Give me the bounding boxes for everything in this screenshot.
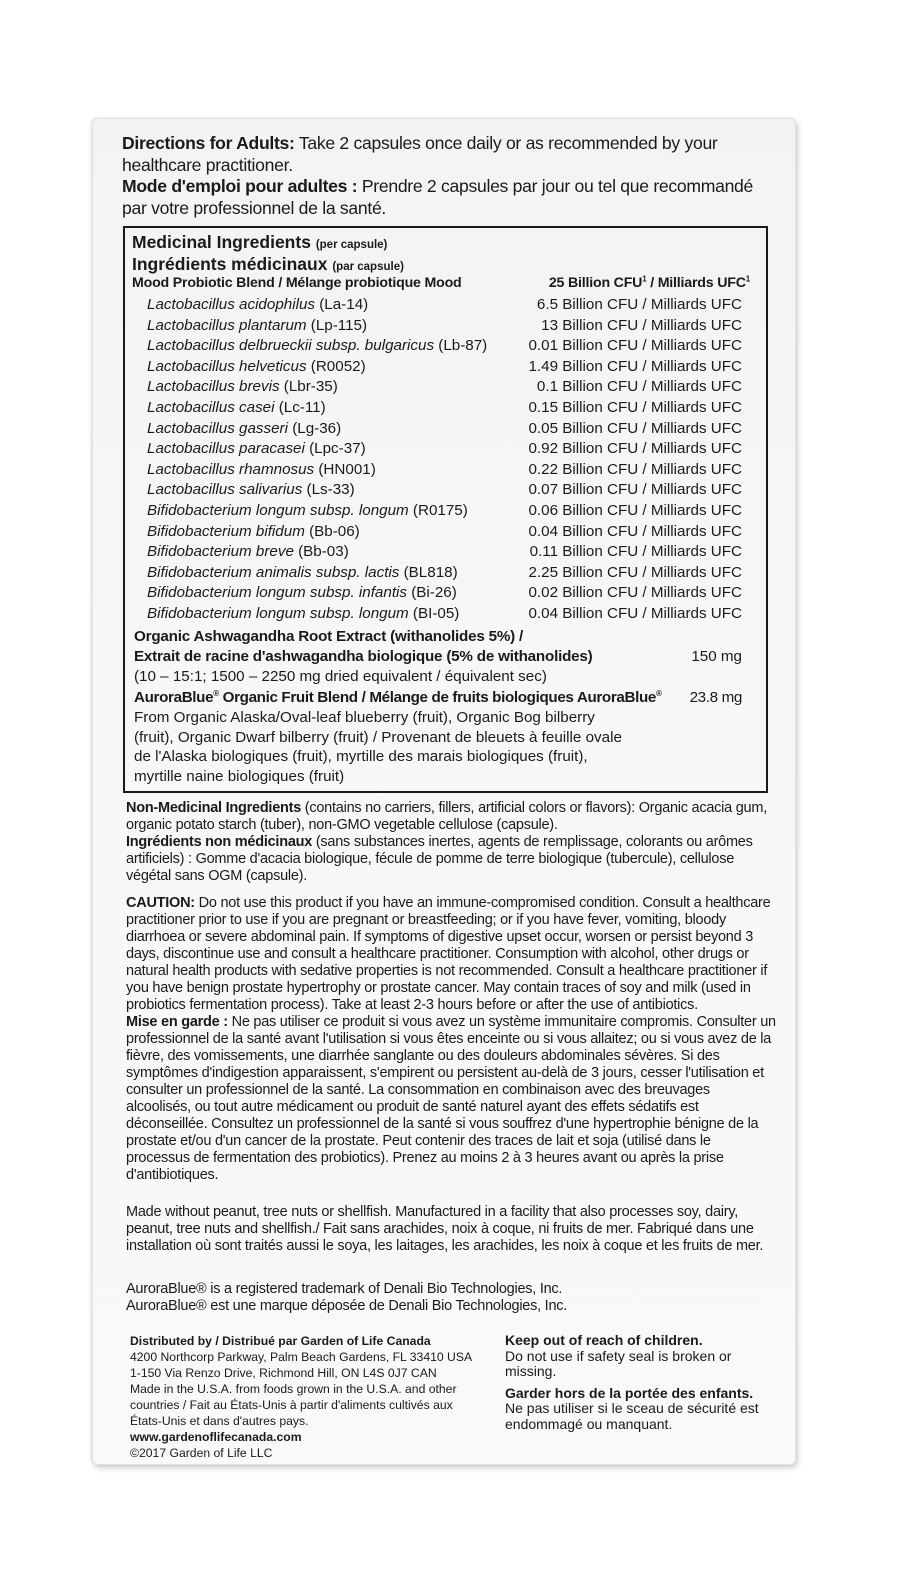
directions-fr: Mode d'emploi pour adultes : Prendre 2 c… bbox=[122, 176, 772, 219]
strain-row: Bifidobacterium bifidum (Bb-06)0.04 Bill… bbox=[147, 522, 742, 543]
strain-list: Lactobacillus acidophilus (La-14)6.5 Bil… bbox=[147, 295, 742, 625]
non-medicinal-section: Non-Medicinal Ingredients (contains no c… bbox=[126, 800, 776, 885]
blend-amount: 25 Billion CFU1 / Milliards UFC1 bbox=[549, 275, 750, 291]
safety-warning: Keep out of reach of children. Do not us… bbox=[505, 1333, 775, 1433]
strain-row: Lactobacillus rhamnosus (HN001)0.22 Bill… bbox=[147, 460, 742, 481]
probiotic-blend-row: Mood Probiotic Blend / Mélange probiotiq… bbox=[132, 275, 750, 291]
directions-en: Directions for Adults: Take 2 capsules o… bbox=[122, 133, 772, 176]
strain-row: Lactobacillus casei (Lc-11)0.15 Billion … bbox=[147, 398, 742, 419]
distributor-info: Distributed by / Distribué par Garden of… bbox=[130, 1333, 480, 1461]
medicinal-title: Medicinal Ingredients (per capsule) Ingr… bbox=[132, 233, 404, 277]
strain-row: Lactobacillus salivarius (Ls-33)0.07 Bil… bbox=[147, 480, 742, 501]
strain-row: Lactobacillus acidophilus (La-14)6.5 Bil… bbox=[147, 295, 742, 316]
strain-row: Bifidobacterium breve (Bb-03)0.11 Billio… bbox=[147, 542, 742, 563]
trademark-section: AuroraBlue® is a registered trademark of… bbox=[126, 1281, 776, 1315]
strain-row: Lactobacillus gasseri (Lg-36)0.05 Billio… bbox=[147, 419, 742, 440]
strain-row: Lactobacillus helveticus (R0052)1.49 Bil… bbox=[147, 357, 742, 378]
ashwagandha-row: Organic Ashwagandha Root Extract (withan… bbox=[134, 627, 742, 687]
strain-row: Lactobacillus brevis (Lbr-35)0.1 Billion… bbox=[147, 377, 742, 398]
aurorablue-row: AuroraBlue® Organic Fruit Blend / Mélang… bbox=[134, 688, 742, 787]
strain-row: Lactobacillus delbrueckii subsp. bulgari… bbox=[147, 336, 742, 357]
strain-row: Bifidobacterium longum subsp. longum (BI… bbox=[147, 604, 742, 625]
strain-row: Bifidobacterium animalis subsp. lactis (… bbox=[147, 563, 742, 584]
medicinal-ingredients-box: Medicinal Ingredients (per capsule) Ingr… bbox=[123, 226, 768, 793]
strain-row: Bifidobacterium longum subsp. longum (R0… bbox=[147, 501, 742, 522]
strain-row: Lactobacillus plantarum (Lp-115)13 Billi… bbox=[147, 316, 742, 337]
strain-row: Lactobacillus paracasei (Lpc-37)0.92 Bil… bbox=[147, 439, 742, 460]
caution-section: CAUTION: Do not use this product if you … bbox=[126, 895, 776, 1184]
website-link: www.gardenoflifecanada.com bbox=[130, 1430, 302, 1444]
strain-row: Bifidobacterium longum subsp. infantis (… bbox=[147, 583, 742, 604]
allergen-statement: Made without peanut, tree nuts or shellf… bbox=[126, 1204, 776, 1255]
directions-section: Directions for Adults: Take 2 capsules o… bbox=[122, 133, 772, 219]
